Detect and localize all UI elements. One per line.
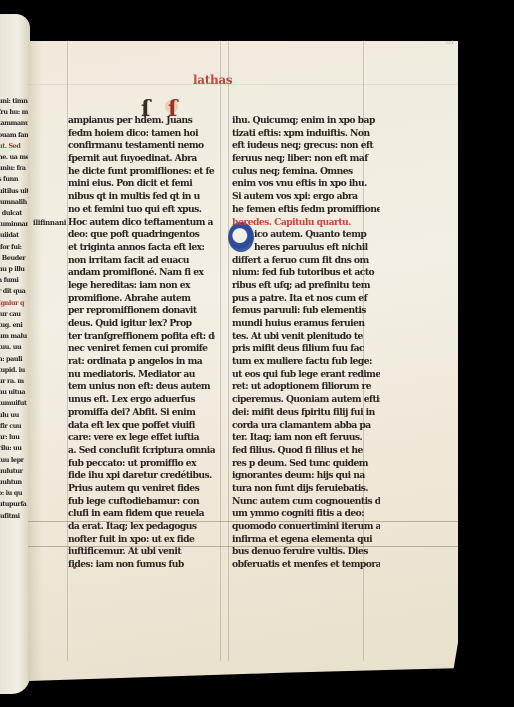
running-head: lathas bbox=[193, 73, 232, 87]
text-line: da erat. Itaq; lex pedagogus bbox=[68, 521, 215, 534]
left-line: utupurfa bbox=[0, 499, 30, 510]
text-line: Nunc autem cum cognouentis de bbox=[232, 496, 380, 509]
text-line: fedm hoiem dico: tamen hoi bbox=[68, 128, 215, 141]
text-line: ignorantes deum: hijs qui na bbox=[232, 470, 380, 483]
left-line: o: iu qu bbox=[0, 488, 30, 499]
text-line: ut eos qui fub lege erant redime bbox=[232, 369, 380, 382]
text-column-right: ihu. Quicumq; enim in xpo bap tizati eft… bbox=[232, 115, 380, 572]
text-line: ciperemus. Quoniam autem eftis filij bbox=[232, 394, 380, 407]
left-line: : dulcat bbox=[0, 208, 30, 219]
left-facing-page: uni: timne fru hu: me tammanum ouam fam … bbox=[0, 14, 30, 694]
left-line: ulu uu bbox=[0, 410, 30, 421]
text-line: ampianus per hdem. Juans bbox=[68, 115, 215, 128]
text-line: tes. At ubi venit plenitudo te bbox=[232, 331, 380, 344]
chapter-heading: heredes. Capitulu quartu. bbox=[232, 217, 380, 230]
text-line: deo: que poft quadringentos bbox=[68, 229, 215, 242]
text-line: data eft lex que poffet viuifi bbox=[68, 420, 215, 433]
text-line: mundi huius eramus feruien bbox=[232, 318, 380, 331]
left-line: luiidat bbox=[0, 230, 30, 241]
text-line: ico autem. Quanto temp bbox=[232, 229, 380, 242]
left-line: Igniur q bbox=[0, 298, 30, 309]
text-line: promiffa dei? Abfit. Si enim bbox=[68, 407, 215, 420]
text-line: andam promifloné. Nam fi ex bbox=[68, 267, 215, 280]
left-page-text: uni: timne fru hu: me tammanum ouam fam … bbox=[0, 96, 30, 522]
text-line: a. Sed conclufit fcriptura omnia bbox=[68, 445, 215, 458]
left-line: um malu bbox=[0, 331, 30, 342]
left-line: tug. eni bbox=[0, 320, 30, 331]
margin-note: ilifinnani bbox=[33, 218, 66, 227]
left-line: tuu. uu bbox=[0, 342, 30, 353]
left-line: uniu: fra bbox=[0, 163, 30, 174]
text-line: enim vos vnu eftis in xpo ihu. bbox=[232, 178, 380, 191]
text-line: fide ihu xpi daretur credétibus. bbox=[68, 470, 215, 483]
text-line: dei: mifit deus fpiritu filij fui in bbox=[232, 407, 380, 420]
left-line: uitilus uit bbox=[0, 186, 30, 197]
left-line: tammanum bbox=[0, 118, 30, 129]
left-line: tumuifut bbox=[0, 398, 30, 409]
text-line: fides: iam non fumus fub bbox=[68, 559, 215, 572]
text-line: lege hereditas: iam non ex bbox=[68, 280, 215, 293]
text-line: nec veniret femen cui promife bbox=[68, 343, 215, 356]
left-line: ouam fam bbox=[0, 130, 30, 141]
text-line: rat: ordinata p angelos in ma bbox=[68, 356, 215, 369]
text-line: Hoc autem dico teftamentum a bbox=[68, 217, 215, 230]
left-line: : Beuder bbox=[0, 253, 30, 264]
text-line: clufi in eam fidem que reuela bbox=[68, 508, 215, 521]
text-line: differt a feruo cum fit dns om bbox=[232, 255, 380, 268]
text-line: iuftificemur. At ubi venit bbox=[68, 546, 215, 559]
text-line: deus. Quid igitur lex? Prop bbox=[68, 318, 215, 331]
text-line: obferuatis et menfes et tempora bbox=[232, 559, 380, 572]
left-line: ifir cuu bbox=[0, 421, 30, 432]
text-line: heres paruulus eft nichil bbox=[232, 242, 380, 255]
left-line: iur cau bbox=[0, 309, 30, 320]
text-line: nibus qt in multis fed qt in u bbox=[68, 191, 215, 204]
text-line: ihu. Quicumq; enim in xpo bap bbox=[232, 115, 380, 128]
text-line: pus a patre. Ita et nos cum ef bbox=[232, 293, 380, 306]
gutter-shadow bbox=[28, 41, 42, 681]
left-line: nu uitua bbox=[0, 387, 30, 398]
text-line: care: vere ex lege effet iuftia bbox=[68, 432, 215, 445]
text-line: culus neq; femina. Omnes bbox=[232, 166, 380, 179]
left-line: tupid. iu bbox=[0, 365, 30, 376]
text-line: ret: ut adoptionem filiorum re bbox=[232, 381, 380, 394]
text-line: tura non funt dijs feruiebatis. bbox=[232, 483, 380, 496]
left-line: a fumi bbox=[0, 275, 30, 286]
text-line: bus denuo feruire vultis. Dies bbox=[232, 546, 380, 559]
ruling-line bbox=[28, 84, 458, 85]
text-line: infirma et egena elementa qui bbox=[232, 534, 380, 547]
ink-dot bbox=[73, 566, 76, 569]
text-column-left: ampianus per hdem. Juans fedm hoiem dico… bbox=[68, 115, 215, 572]
left-line: n: pauli bbox=[0, 354, 30, 365]
text-line: eft iudeus neq; grecus: non eft bbox=[232, 140, 380, 153]
text-line: ter. Itaq; iam non eft feruus. bbox=[232, 432, 380, 445]
text-line: tum ex muliere factu fub lege: bbox=[232, 356, 380, 369]
text-line: no et femini tuo qui eft xpus. bbox=[68, 204, 215, 217]
left-line: iufitmi bbox=[0, 511, 30, 522]
text-line: quomodo conuertimini iterum ad bbox=[232, 521, 380, 534]
text-line: tizati eftis: xpm induiftis. Non bbox=[232, 128, 380, 141]
text-line: nu mediatoris. Mediator au bbox=[68, 369, 215, 382]
folio-mark: ccl bbox=[446, 40, 453, 46]
text-line: nium: fed fub tutoribus et acto bbox=[232, 267, 380, 280]
left-line: uni: timne bbox=[0, 96, 30, 107]
text-line: fed filius. Quod fi filius et he bbox=[232, 445, 380, 458]
left-line: r dit qua bbox=[0, 286, 30, 297]
text-line: promifione. Abrahe autem bbox=[68, 293, 215, 306]
text-line: ribus eft ufq; ad prefinitu tem bbox=[232, 280, 380, 293]
ruling-line bbox=[228, 41, 229, 661]
text-line: corda ura clamantem abba pa bbox=[232, 420, 380, 433]
left-line: rilu: uu bbox=[0, 443, 30, 454]
text-line: ter tranfgreffionem pofita eft: do bbox=[68, 331, 215, 344]
left-line: nu p illu bbox=[0, 264, 30, 275]
text-line: feruus neq; liber: non eft maf bbox=[232, 153, 380, 166]
text-line: Prius autem qu veniret fides bbox=[68, 483, 215, 496]
text-line: femus paruuli: fub elementis bbox=[232, 305, 380, 318]
text-line: he dicte funt promifliones: et fe bbox=[68, 166, 215, 179]
text-line: fub peccato: ut promiffio ex bbox=[68, 458, 215, 471]
left-line: tuu lepr bbox=[0, 455, 30, 466]
left-line: hr: luu bbox=[0, 432, 30, 443]
text-line: fpernit aut fuyoedinat. Abra bbox=[68, 153, 215, 166]
text-line: tem unius non eft: deus autem bbox=[68, 381, 215, 394]
text-line: um ymmo cogniti fitis a deo: bbox=[232, 508, 380, 521]
text-line: non irritam facit ad euacu bbox=[68, 255, 215, 268]
left-line: uuhtun bbox=[0, 477, 30, 488]
left-line: ut. Sed bbox=[0, 141, 30, 152]
text-line: unus eft. Lex ergo aduerfus bbox=[68, 394, 215, 407]
left-line: ifor fui: bbox=[0, 242, 30, 253]
ruling-line bbox=[220, 41, 221, 661]
text-line: res p deum. Sed tunc quidem bbox=[232, 458, 380, 471]
text-line: per repromiffionem donavit bbox=[68, 305, 215, 318]
text-line: Si autem vos xpi: ergo abra bbox=[232, 191, 380, 204]
text-line: nofter fuit in xpo: ut ex fide bbox=[68, 534, 215, 547]
left-line: lumnalih bbox=[0, 197, 30, 208]
left-line: s funn bbox=[0, 174, 30, 185]
left-line: ur ra. m bbox=[0, 376, 30, 387]
text-line: fub lege cuftodiebamur: con bbox=[68, 496, 215, 509]
left-line: fru hu: me bbox=[0, 107, 30, 118]
text-line: confirmanu testamenti nemo bbox=[68, 140, 215, 153]
text-line: pris mifit deus filium fuu fac bbox=[232, 343, 380, 356]
text-line: mini eius. Pon dicit et femi bbox=[68, 178, 215, 191]
text-line: et triginta annos facta eft lex: bbox=[68, 242, 215, 255]
left-line: uulutur bbox=[0, 466, 30, 477]
left-line: ne. ua me bbox=[0, 152, 30, 163]
left-line: tuminnam bbox=[0, 219, 30, 230]
text-line: he femen eftis fedm promiffione bbox=[232, 204, 380, 217]
